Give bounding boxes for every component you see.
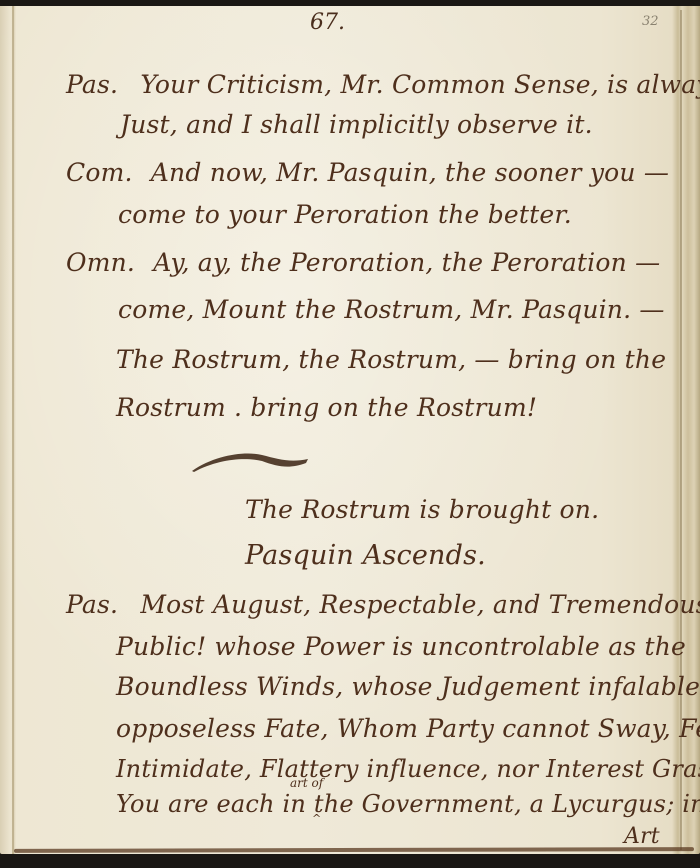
page-number: 67. <box>310 10 345 35</box>
manuscript-line: Rostrum . bring on the Rostrum! <box>116 393 537 422</box>
line-text: opposeless Fate, Whom Party cannot Sway,… <box>116 714 700 743</box>
line-text: The Rostrum is brought on. <box>245 495 599 524</box>
interlinear-insertion: art of <box>290 776 323 790</box>
catchword: Art <box>624 824 660 849</box>
line-text: Boundless Winds, whose Judgement infalab… <box>116 672 700 701</box>
manuscript-line: Pas. Most August, Respectable, and Treme… <box>66 590 700 619</box>
line-text: The Rostrum, the Rostrum, — bring on the <box>116 345 666 374</box>
speaker-label: Pas. <box>66 70 118 99</box>
manuscript-line: Pas. Your Criticism, Mr. Common Sense, i… <box>66 70 700 99</box>
manuscript-line: come, Mount the Rostrum, Mr. Pasquin. — <box>118 295 665 324</box>
manuscript-line: Omn. Ay, ay, the Peroration, the Perorat… <box>66 248 660 277</box>
ink-flourish-icon <box>190 445 320 475</box>
line-text: Rostrum . bring on the Rostrum! <box>116 393 537 422</box>
line-text: Your Criticism, Mr. Common Sense, is alw… <box>140 70 700 99</box>
line-text: And now, Mr. Pasquin, the sooner you — <box>151 158 669 187</box>
manuscript-line: The Rostrum, the Rostrum, — bring on the <box>116 345 666 374</box>
manuscript-line: Just, and I shall implicitly observe it. <box>120 110 593 139</box>
line-text: Art <box>624 824 660 849</box>
line-text: come to your Peroration the better. <box>118 200 572 229</box>
line-text: Most August, Respectable, and Tremendous… <box>140 590 700 619</box>
line-text: You are each in the Government, a Lycurg… <box>116 790 700 818</box>
manuscript-line: Intimidate, Flattery influence, nor Inte… <box>116 755 700 783</box>
manuscript-line: come to your Peroration the better. <box>118 200 572 229</box>
binding-gutter-line <box>12 6 14 854</box>
folio-number: 32 <box>642 14 659 29</box>
manuscript-line: Boundless Winds, whose Judgement infalab… <box>116 672 700 701</box>
line-text: Pasquin Ascends. <box>245 540 486 571</box>
line-text: come, Mount the Rostrum, Mr. Pasquin. — <box>118 295 665 324</box>
stage-direction: The Rostrum is brought on. <box>245 495 599 524</box>
manuscript-line: Public! whose Power is uncontrolable as … <box>116 632 686 661</box>
manuscript-line: Com. And now, Mr. Pasquin, the sooner yo… <box>66 158 669 187</box>
line-text: Intimidate, Flattery influence, nor Inte… <box>116 755 700 783</box>
speaker-label: Pas. <box>66 590 118 619</box>
manuscript-line: opposeless Fate, Whom Party cannot Sway,… <box>116 714 700 743</box>
line-text: Just, and I shall implicitly observe it. <box>120 110 593 139</box>
line-text: Public! whose Power is uncontrolable as … <box>116 632 686 661</box>
manuscript-line: You are each in the Government, a Lycurg… <box>116 790 700 818</box>
stage-direction: Pasquin Ascends. <box>245 540 486 571</box>
line-text: Ay, ay, the Peroration, the Peroration — <box>153 248 660 277</box>
speaker-label: Com. <box>66 158 133 187</box>
speaker-label: Omn. <box>66 248 135 277</box>
